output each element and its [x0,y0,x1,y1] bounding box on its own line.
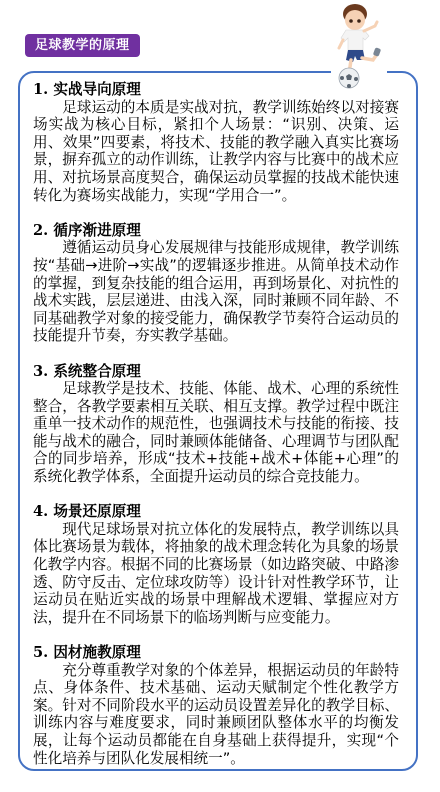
principle-body: 遵循运动员身心发展规律与技能形成规律，教学训练按“基础→进阶→实战”的逻辑逐步推… [33,239,399,345]
principle-section-5: 5. 因材施教原理 充分尊重教学对象的个体差异，根据运动员的年龄特点、身体条件、… [33,644,399,767]
principle-section-3: 3. 系统整合原理 足球教学是技术、技能、体能、战术、心理的系统性整合，各教学要… [33,363,399,486]
principle-title: 2. 循序渐进原理 [33,222,399,240]
principle-section-1: 1. 实战导向原理 足球运动的本质是实战对抗，教学训练始终以对接赛场实战为核心目… [33,81,399,204]
principles-list: 1. 实战导向原理 足球运动的本质是实战对抗，教学训练始终以对接赛场实战为核心目… [33,81,399,785]
principle-body: 充分尊重教学对象的个体差异，根据运动员的年龄特点、身体条件、技术基础、运动天赋制… [33,662,399,768]
principle-title: 5. 因材施教原理 [33,644,399,662]
page-title-badge: 足球教学的原理 [25,34,140,57]
principle-title: 3. 系统整合原理 [33,363,399,381]
principle-section-2: 2. 循序渐进原理 遵循运动员身心发展规律与技能形成规律，教学训练按“基础→进阶… [33,222,399,345]
soccer-player-icon [331,0,387,90]
principle-section-4: 4. 场景还原原理 现代足球场景对抗立体化的发展特点，教学训练以具体比赛场景为载… [33,503,399,626]
principle-title: 1. 实战导向原理 [33,81,399,99]
principle-body: 现代足球场景对抗立体化的发展特点，教学训练以具体比赛场景为载体，将抽象的战术理念… [33,521,399,627]
principle-title: 4. 场景还原原理 [33,503,399,521]
principle-body: 足球教学是技术、技能、体能、战术、心理的系统性整合，各教学要素相互关联、相互支撑… [33,380,399,486]
principle-body: 足球运动的本质是实战对抗，教学训练始终以对接赛场实战为核心目标，紧扣个人场景：“… [33,99,399,205]
